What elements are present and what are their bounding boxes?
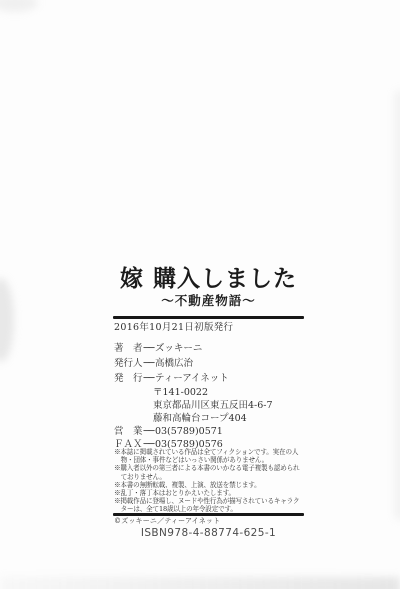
divider-bottom — [113, 513, 304, 516]
info-row-author: 著 者──ズッキーニ — [114, 341, 305, 356]
scan-smudge-left-edge — [0, 278, 14, 362]
title-block: 嫁 購入しました ～不動産物語～ — [93, 266, 324, 308]
address-postal-code: 〒141-0022 — [153, 386, 305, 399]
address-line-2: 藤和高輪台コープ404 — [153, 412, 305, 425]
scan-smudge-right-edge — [394, 90, 400, 520]
issuer-value: 高橋広治 — [155, 356, 193, 371]
info-row-sales-phone: 営 業──03(5789)0571 — [114, 425, 305, 438]
book-subtitle: ～不動産物語～ — [93, 294, 324, 308]
publication-info: 著 者──ズッキーニ 発行人──高橋広治 発 行──ティーアイネット 〒141-… — [114, 341, 305, 451]
note-digital-copy: ※購入者以外の第三者による本書のいかなる電子複製も認められておりません。 — [114, 464, 304, 480]
sales-label: 営 業 — [114, 425, 143, 438]
book-title: 嫁 購入しました — [93, 266, 324, 292]
note-defective-copy: ※乱丁・落丁本はおとりかえいたします。 — [114, 489, 304, 497]
legal-notes: ※本誌に掲載されている作品は全てフィクションです。実在の人物・団体・事件などはい… — [114, 448, 304, 514]
address-line-1: 東京都品川区東五反田4-6-7 — [153, 399, 305, 412]
note-fiction-disclaimer: ※本誌に掲載されている作品は全てフィクションです。実在の人物・団体・事件などはい… — [114, 448, 304, 464]
label-dash: ── — [144, 425, 154, 438]
author-value: ズッキーニ — [155, 341, 202, 356]
info-row-publisher: 発 行──ティーアイネット — [114, 371, 305, 386]
copyright-line: ©ズッキーニ／ティーアイネット — [114, 517, 220, 526]
note-reproduction: ※本書の無断転載、複製、上演、放送を禁じます。 — [114, 481, 304, 489]
info-row-issuer: 発行人──高橋広治 — [114, 356, 305, 371]
divider-top — [113, 316, 304, 319]
publisher-value: ティーアイネット — [155, 371, 229, 386]
author-label: 著 者 — [114, 341, 143, 356]
edition-date: 2016年10月21日初版発行 — [114, 322, 233, 334]
label-dash: ── — [144, 356, 154, 371]
note-age-statement: ※掲載作品に登場し、ヌードや性行為が描写されているキャラクターは、全て18歳以上… — [114, 497, 304, 513]
colophon-page: 嫁 購入しました ～不動産物語～ 2016年10月21日初版発行 著 者──ズッ… — [0, 0, 400, 589]
label-dash: ── — [144, 371, 154, 386]
scan-smudge-bottom-edge — [0, 577, 400, 589]
label-dash: ── — [144, 341, 154, 356]
issuer-label: 発行人 — [114, 356, 143, 371]
scan-smudge-top-left — [0, 0, 38, 12]
publisher-label: 発 行 — [114, 371, 143, 386]
sales-phone-number: 03(5789)0571 — [155, 425, 223, 438]
isbn: ISBN978-4-88774-625-1 — [113, 526, 304, 540]
publisher-address: 〒141-0022 東京都品川区東五反田4-6-7 藤和高輪台コープ404 — [114, 386, 305, 425]
